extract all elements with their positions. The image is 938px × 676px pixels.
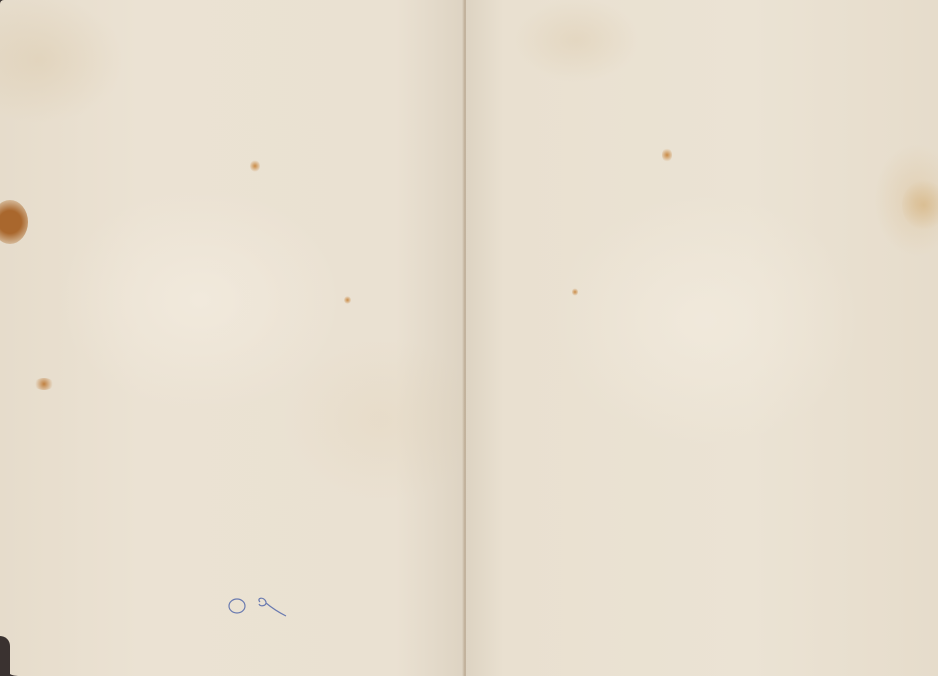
rust-stain-left-edge xyxy=(0,200,28,244)
foxing-spot xyxy=(344,296,351,304)
book-spread: 09 xyxy=(0,0,938,676)
foxing-spot xyxy=(250,160,260,172)
handwritten-number xyxy=(226,594,290,618)
edge-stain xyxy=(902,180,938,230)
right-page xyxy=(466,0,938,676)
foxing-spot xyxy=(34,378,54,390)
foxing-spot xyxy=(662,148,672,162)
foxing-spot xyxy=(572,288,578,296)
corner-shadow xyxy=(0,636,10,676)
left-page: 09 xyxy=(0,0,466,676)
